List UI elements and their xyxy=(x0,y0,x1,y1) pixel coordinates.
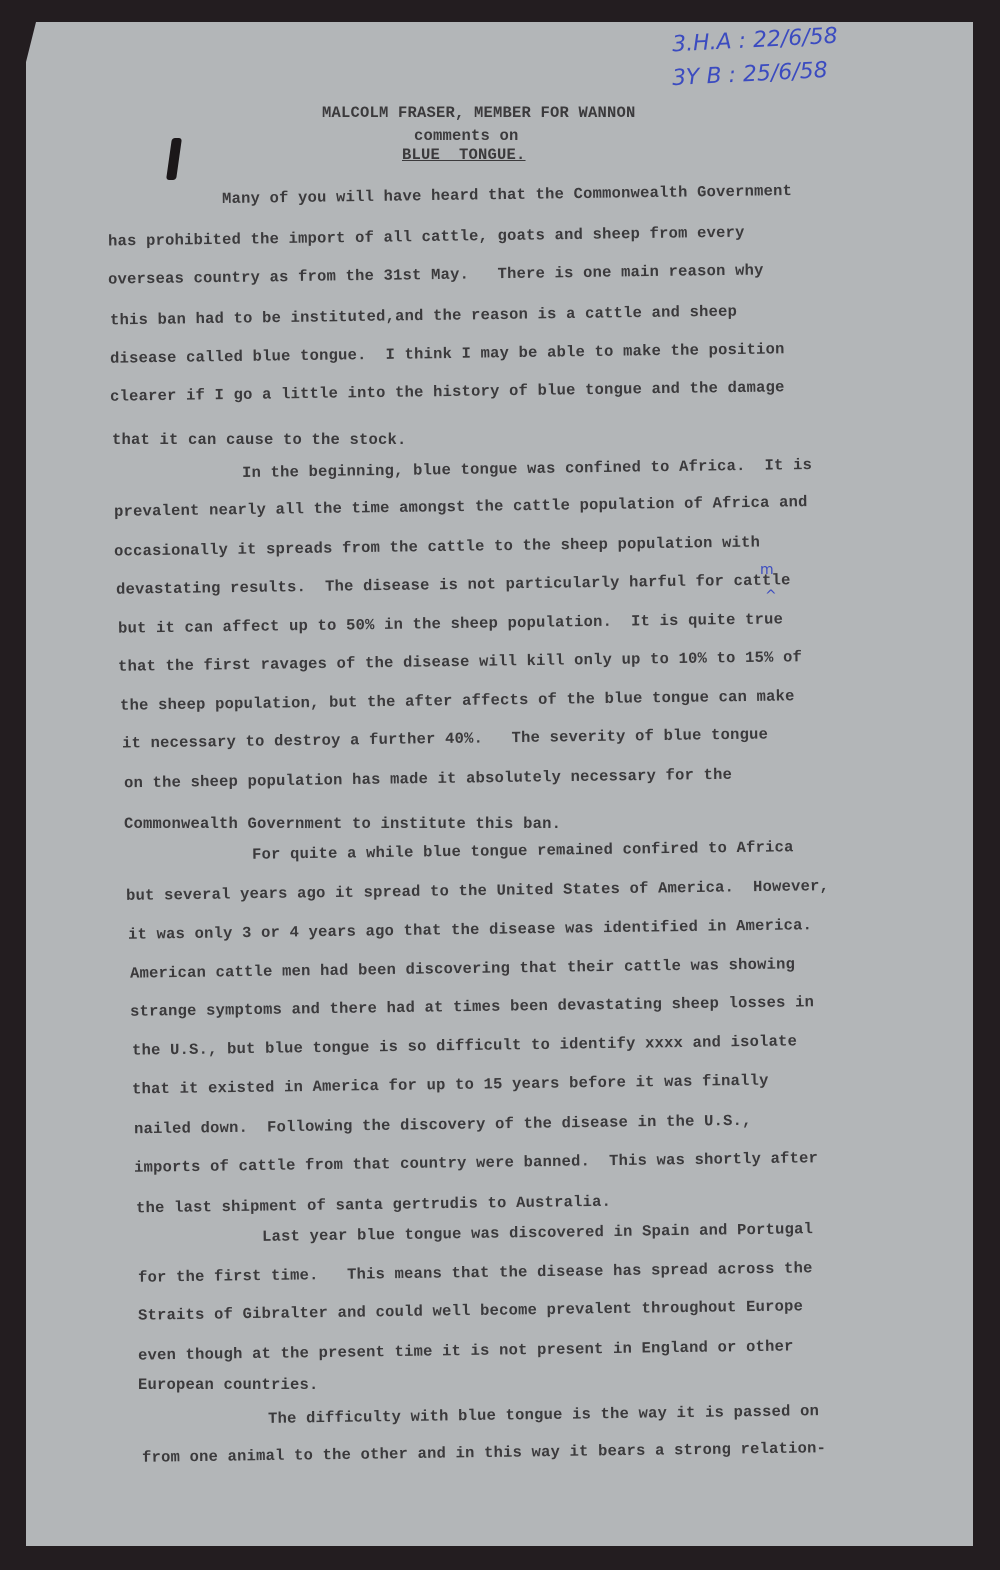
header-topic: BLUE TONGUE. xyxy=(402,146,526,164)
header-title: MALCOLM FRASER, MEMBER FOR WANNON xyxy=(322,104,636,122)
handwritten-caret: ^ xyxy=(765,588,777,604)
text-line: European countries. xyxy=(138,1376,319,1394)
header-subtitle: comments on xyxy=(414,127,519,145)
text-line: Commonwealth Government to institute thi… xyxy=(124,815,561,833)
punch-hole xyxy=(166,138,182,180)
text-line: that it can cause to the stock. xyxy=(112,431,407,449)
